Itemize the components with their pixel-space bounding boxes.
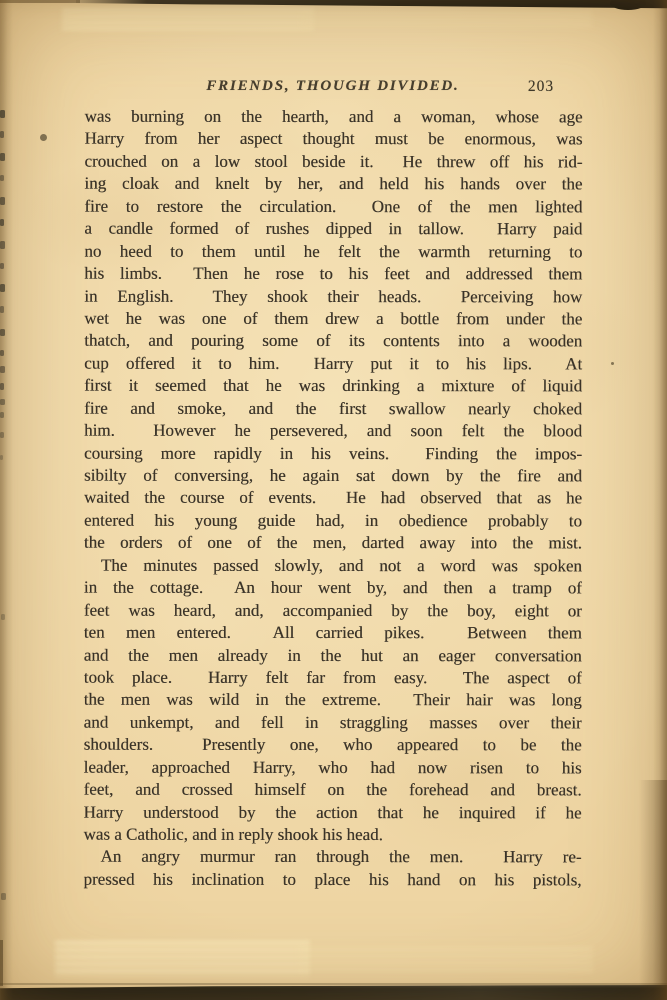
text-line: in the cottage. An hour went by, and the… bbox=[84, 577, 582, 600]
text-line: wet he was one of them drew a bottle fro… bbox=[84, 308, 582, 331]
page-edge-streak-bottom bbox=[55, 941, 310, 977]
text-line: coursing more rapidly in his veins. Find… bbox=[84, 442, 582, 465]
text-line: sibilty of conversing, he again sat down… bbox=[84, 465, 582, 488]
text-line: The minutes passed slowly, and not a wor… bbox=[84, 554, 582, 577]
binding-shadow-left bbox=[0, 0, 13, 1000]
page-edge-shadow-right bbox=[653, 0, 667, 1000]
text-line: ten men entered. All carried pikes. Betw… bbox=[84, 622, 582, 645]
ink-bleed-mark bbox=[0, 284, 5, 292]
text-line: leader, approached Harry, who had now ri… bbox=[84, 756, 582, 779]
text-line: Harry from her aspect thought must be en… bbox=[84, 128, 582, 151]
text-line: his limbs. Then he rose to his feet and … bbox=[84, 263, 582, 286]
ink-bleed-mark bbox=[0, 350, 4, 356]
ink-bleed-mark bbox=[0, 131, 4, 138]
text-line: and unkempt, and fell in straggling mass… bbox=[84, 711, 582, 734]
ink-bleed-mark bbox=[0, 399, 5, 405]
ink-bleed-mark bbox=[0, 263, 4, 269]
scanner-edge-bottom bbox=[0, 983, 667, 985]
text-line: feet was heard, and, accompanied by the … bbox=[84, 599, 582, 622]
page-edge-streak-top bbox=[300, 12, 592, 29]
text-line: An angry murmur ran through the men. Har… bbox=[83, 846, 581, 869]
text-line: feet, and crossed himself on the forehea… bbox=[84, 779, 582, 802]
text-line: ing cloak and knelt by her, and held his… bbox=[84, 173, 582, 196]
page-edge-shadow-corner bbox=[627, 780, 667, 1000]
ink-bleed-mark bbox=[1, 893, 6, 900]
page-number: 203 bbox=[511, 76, 571, 98]
ink-bleed-mark bbox=[0, 110, 5, 118]
text-line: in English. They shook their heads. Perc… bbox=[84, 285, 582, 308]
scanner-edge-top bbox=[0, 0, 80, 3]
text-line: cup offered it to him. Harry put it to h… bbox=[84, 352, 582, 375]
paper-fleck bbox=[40, 134, 47, 141]
running-head: FRIENDS, THOUGH DIVIDED. bbox=[84, 75, 582, 97]
text-line: thatch, and pouring some of its contents… bbox=[84, 330, 582, 353]
text-line: fire and smoke, and the first swallow ne… bbox=[84, 397, 582, 420]
paper-fleck bbox=[611, 362, 614, 365]
text-line: was a Catholic, and in reply shook his h… bbox=[84, 824, 582, 847]
text-line: no heed to them until he felt the warmth… bbox=[84, 240, 582, 263]
text-line: crouched on a low stool beside it. He th… bbox=[84, 151, 582, 174]
ink-bleed-mark bbox=[0, 329, 5, 336]
text-line: was burning on the hearth, and a woman, … bbox=[85, 106, 583, 129]
text-line: and the men already in the hut an eager … bbox=[84, 644, 582, 667]
ink-bleed-mark bbox=[1, 614, 5, 620]
page-edge-streak-top bbox=[62, 9, 314, 32]
ink-bleed-mark bbox=[0, 383, 4, 390]
text-line: waited the course of events. He had obse… bbox=[84, 487, 582, 510]
text-line: entered his young guide had, in obedienc… bbox=[84, 510, 582, 533]
text-line: took place. Harry felt far from easy. Th… bbox=[84, 667, 582, 690]
ink-bleed-mark bbox=[0, 197, 5, 205]
text-line: first it seemed that he was drinking a m… bbox=[84, 375, 582, 398]
ink-bleed-mark bbox=[0, 241, 5, 249]
scanner-edge-left bbox=[0, 940, 3, 986]
text-line: him. However he persevered, and soon fel… bbox=[84, 420, 582, 443]
ink-bleed-mark bbox=[0, 432, 4, 438]
text-line: fire to restore the circulation. One of … bbox=[84, 195, 582, 218]
page-edge-streak-bottom bbox=[298, 947, 593, 973]
text-line: shoulders. Presently one, who appeared t… bbox=[84, 734, 582, 757]
ink-bleed-mark bbox=[0, 153, 5, 161]
scanner-edge-top bbox=[76, 0, 667, 9]
scanned-book-page: FRIENDS, THOUGH DIVIDED. 203 was burning… bbox=[0, 0, 667, 1000]
body-text: was burning on the hearth, and a woman, … bbox=[83, 106, 582, 892]
text-line: the men was wild in the extreme. Their h… bbox=[84, 689, 582, 712]
scanner-edge-bottom bbox=[0, 985, 667, 1000]
text-line: a candle formed of rushes dipped in tall… bbox=[84, 218, 582, 241]
ink-bleed-mark bbox=[0, 306, 4, 313]
text-line: Harry understood by the action that he i… bbox=[84, 801, 582, 824]
ink-bleed-mark bbox=[0, 175, 4, 181]
ink-bleed-mark bbox=[0, 412, 4, 418]
text-line: the orders of one of the men, darted awa… bbox=[84, 532, 582, 555]
ink-bleed-mark bbox=[0, 455, 3, 460]
ink-bleed-mark bbox=[0, 219, 4, 226]
scanner-edge-blob bbox=[610, 0, 646, 10]
text-line: pressed his inclination to place his han… bbox=[83, 869, 581, 892]
ink-bleed-mark bbox=[0, 366, 5, 373]
